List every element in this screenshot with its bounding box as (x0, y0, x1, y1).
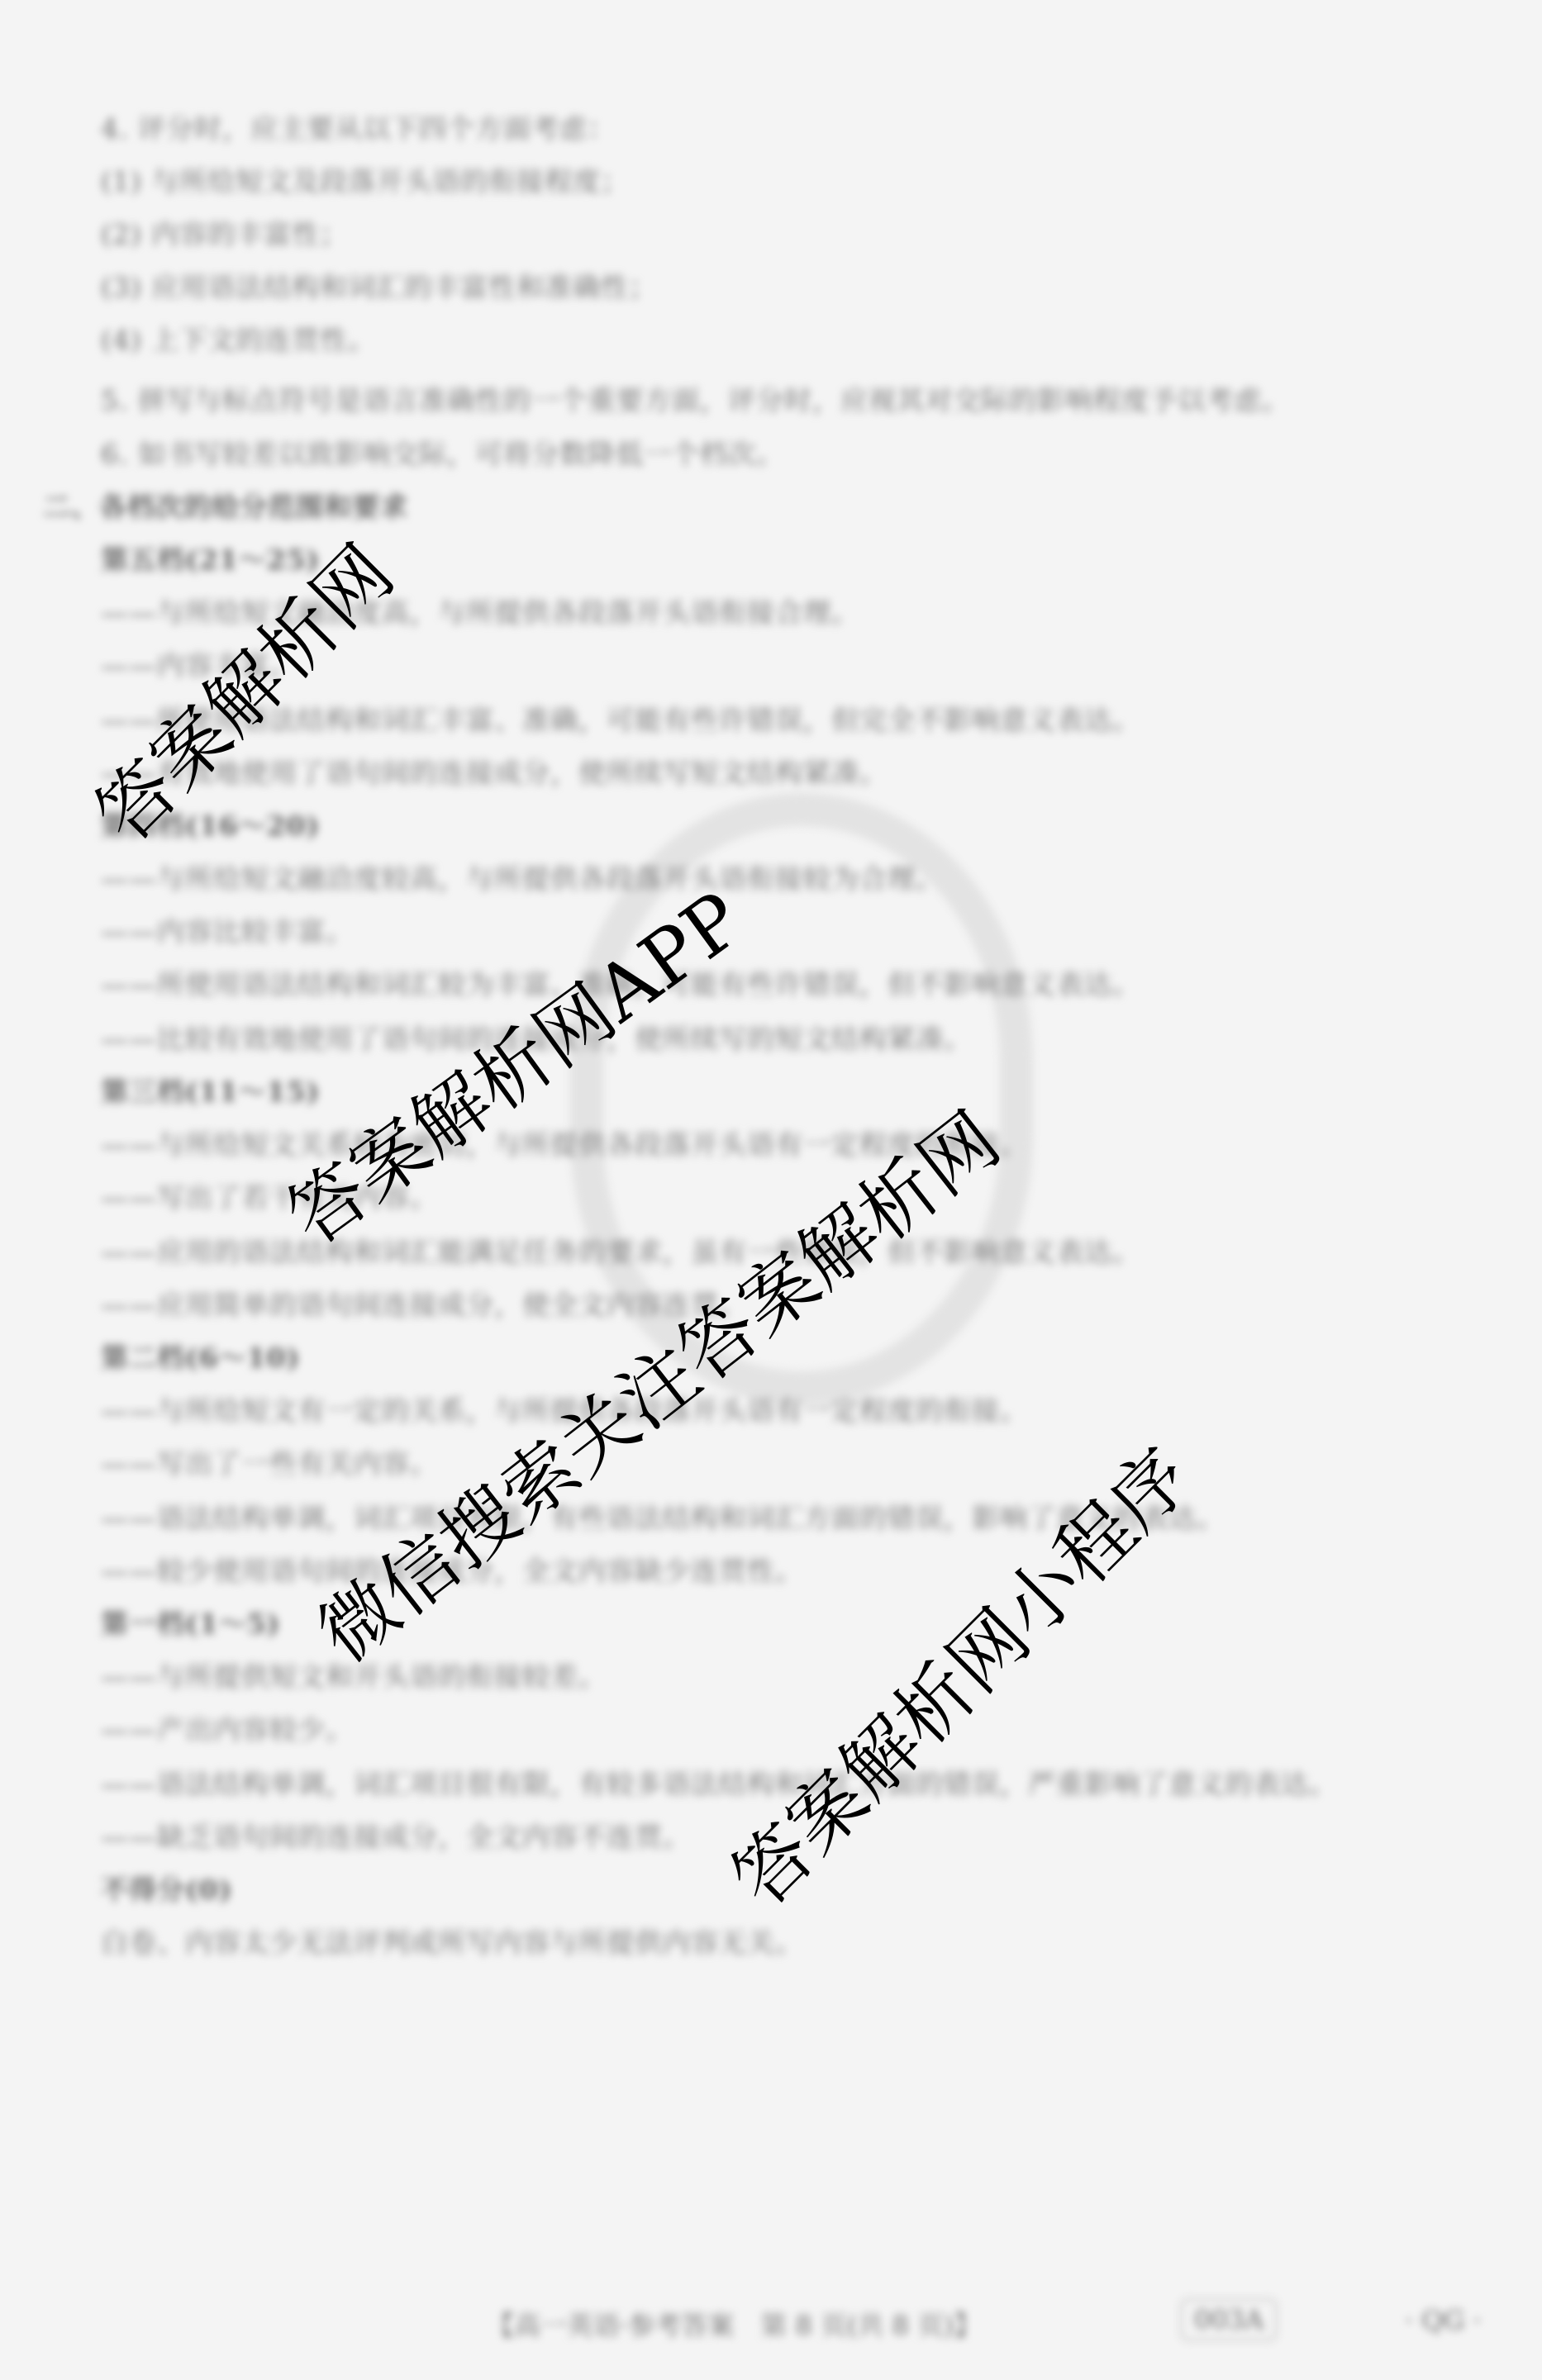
band-item: ——缺乏语句间的连接成分，全文内容不连贯。 (101, 1821, 691, 1854)
footer-code-badge: 003A (1180, 2298, 1278, 2341)
band-item: ——与所给短文融洽度高，与所提供各段落开头语衔接合理。 (101, 596, 859, 629)
footer-page-label: 【高一英语·参考答案 第 8 页(共 8 页)】 (488, 2305, 981, 2343)
note-line: 6. 如书写较差以致影响交际，可将分数降低一个档次。 (101, 438, 784, 471)
note-line: (3) 应用语法结构和词汇的丰富性和准确性； (101, 271, 657, 304)
band-title: 第三档(11～15) (101, 1076, 320, 1109)
band-item: ——产出内容较少。 (101, 1713, 354, 1746)
band-title: 第一档(1～5) (101, 1608, 280, 1641)
band-item: ——写出了一些有关内容。 (101, 1447, 438, 1480)
note-line: (1) 与所给短文及段落开头语的衔接程度； (101, 165, 629, 198)
footer-region: · QG · (1405, 2305, 1481, 2336)
note-line: (2) 内容的丰富性； (101, 218, 348, 251)
section-heading: 二、各档次的给分范围和要求 (43, 491, 408, 524)
band-item: 白卷、内容太少无法评判或所写内容与所提供内容无关。 (101, 1926, 803, 1960)
band-item: ——语法结构单调，词汇项目很有限，有较多语法结构和词汇方面的错误，严重影响了意义… (101, 1768, 1337, 1801)
band-item: ——与所给短文融洽度较高，与所提供各段落开头语衔接较为合理。 (101, 862, 944, 895)
band-title: 第二档(6～10) (101, 1342, 300, 1375)
band-item: ——应用的语法结构和词汇能满足任务的要求，虽有一些错误，但不影响意义表达。 (101, 1236, 1140, 1269)
document-page: 4. 评分时，应主要从以下四个方面考虑： (1) 与所给短文及段落开头语的衔接程… (0, 0, 1542, 2380)
note-line: (4) 上下文的连贯性。 (101, 324, 376, 357)
band-title: 不得分(0) (101, 1874, 232, 1907)
band-item: ——内容比较丰富。 (101, 915, 354, 948)
note-line: 4. 评分时，应主要从以下四个方面考虑： (101, 112, 616, 145)
note-line: 5. 拼写与标点符号是语言准确性的一个重要方面，评分时，应视其对交际的影响程度予… (101, 384, 1290, 417)
